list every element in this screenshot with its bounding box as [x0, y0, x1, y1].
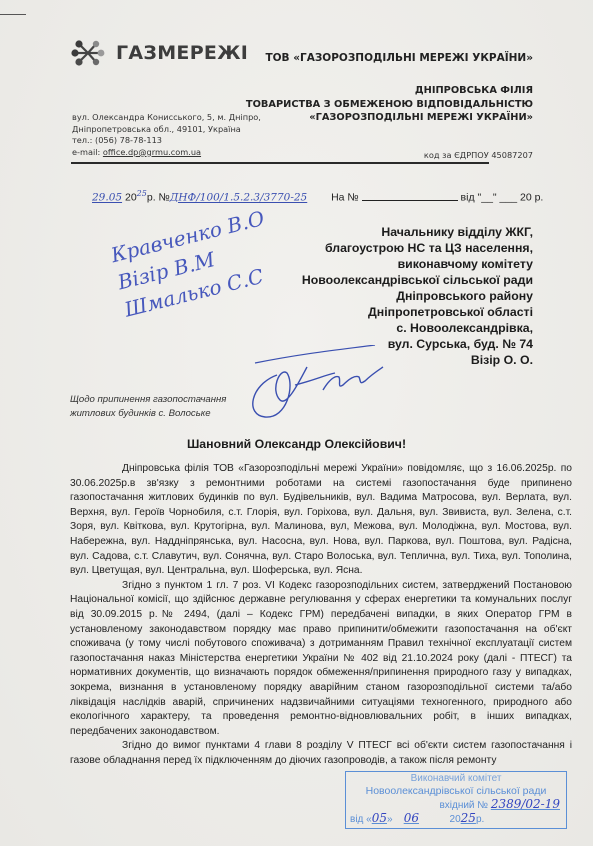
outgoing-date: 29.05 [92, 192, 122, 204]
registration-line: 29.05 2025р. №ДНФ/100/1.5.2.3/3770-25 На… [92, 189, 572, 204]
edrpou-code: код за ЄДРПОУ 45087207 [424, 150, 533, 160]
handwritten-resolution: Кравченко В.О Візір В.М Шмалько С.С [108, 204, 281, 324]
subject-line: житлових будинків с. Волоське [70, 407, 226, 421]
reply-from: від "__" ___ 20 р. [461, 192, 544, 204]
year-handwritten: 25 [137, 189, 147, 198]
addressee-line: Дніпровського району [302, 288, 533, 304]
paragraph: Згідно з пунктом 1 гл. 7 роз. VI Кодекс … [70, 579, 572, 740]
branch-line: «ГАЗОРОЗПОДІЛЬНІ МЕРЕЖІ УКРАЇНИ» [246, 111, 533, 125]
stamp-date: від «05» 06 2025р. [350, 812, 562, 826]
addressee-line: с. Новоолександрівка, [302, 320, 533, 336]
subject-block: Щодо припинення газопостачання житлових … [70, 393, 226, 421]
number-label: р. № [147, 192, 170, 204]
incoming-registration-stamp: Виконавчий комітет Новоолександрівської … [345, 771, 567, 829]
paragraph: Дніпровська філія ТОВ «Газорозподільні м… [70, 462, 572, 579]
addressee-line: Начальнику відділу ЖКГ, [302, 224, 533, 240]
outgoing-number: ДНФ/100/1.5.2.3/3770-25 [170, 192, 307, 204]
year-prefix: 20 [125, 192, 137, 204]
stamp-incoming: вхідний № 2389/02-19 [350, 798, 562, 812]
addressee-line: благоустрою НС та ЦЗ населення, [302, 240, 533, 256]
incoming-number: 2389/02-19 [491, 797, 560, 811]
email-link[interactable]: office.dp@grmu.com.ua [103, 147, 201, 157]
contact-block: вул. Олександра Конисського, 5, м. Дніпр… [72, 112, 261, 158]
signature-icon [225, 345, 395, 425]
stamp-day: 05 [372, 811, 387, 825]
subject-line: Щодо припинення газопостачання [70, 393, 226, 407]
network-nodes-icon [70, 38, 106, 68]
branch-line: ДНІПРОВСЬКА ФІЛІЯ [246, 84, 533, 98]
header-divider [71, 162, 489, 164]
letter-body: Дніпровська філія ТОВ «Газорозподільні м… [70, 462, 572, 768]
addressee-line: Новоолександрівської сільської ради [302, 272, 533, 288]
letter-page: ГАЗМЕРЕЖІ ТОВ «ГАЗОРОЗПОДІЛЬНІ МЕРЕЖІ УК… [0, 0, 593, 846]
branch-name: ДНІПРОВСЬКА ФІЛІЯ ТОВАРИСТВА З ОБМЕЖЕНОЮ… [246, 84, 533, 125]
address-line: вул. Олександра Конисського, 5, м. Дніпр… [72, 112, 261, 124]
paragraph: Згідно до вимог пунктами 4 глави 8 розді… [70, 739, 572, 768]
addressee-line: Дніпропетровської області [302, 304, 533, 320]
scan-corner-mark [0, 14, 26, 15]
logo-text: ГАЗМЕРЕЖІ [116, 42, 248, 64]
company-logo: ГАЗМЕРЕЖІ [70, 38, 248, 68]
address-line: Дніпропетровська обл., 49101, Україна [72, 124, 261, 136]
addressee-line: виконавчому комітету [302, 256, 533, 272]
organization-name: ТОВ «ГАЗОРОЗПОДІЛЬНІ МЕРЕЖІ УКРАЇНИ» [265, 52, 533, 64]
stamp-month: 06 [404, 811, 419, 825]
email-label: e-mail: [72, 147, 103, 157]
phone: тел.: (056) 78-78-113 [72, 135, 261, 147]
greeting: Шановний Олександр Олексійович! [0, 437, 593, 451]
reply-label: На № [331, 192, 359, 204]
branch-line: ТОВАРИСТВА З ОБМЕЖЕНОЮ ВІДПОВІДАЛЬНІСТЮ [246, 98, 533, 112]
email-row: e-mail: office.dp@grmu.com.ua [72, 147, 261, 159]
stamp-year: 25 [461, 811, 476, 825]
stamp-line: Виконавчий комітет [350, 772, 562, 785]
